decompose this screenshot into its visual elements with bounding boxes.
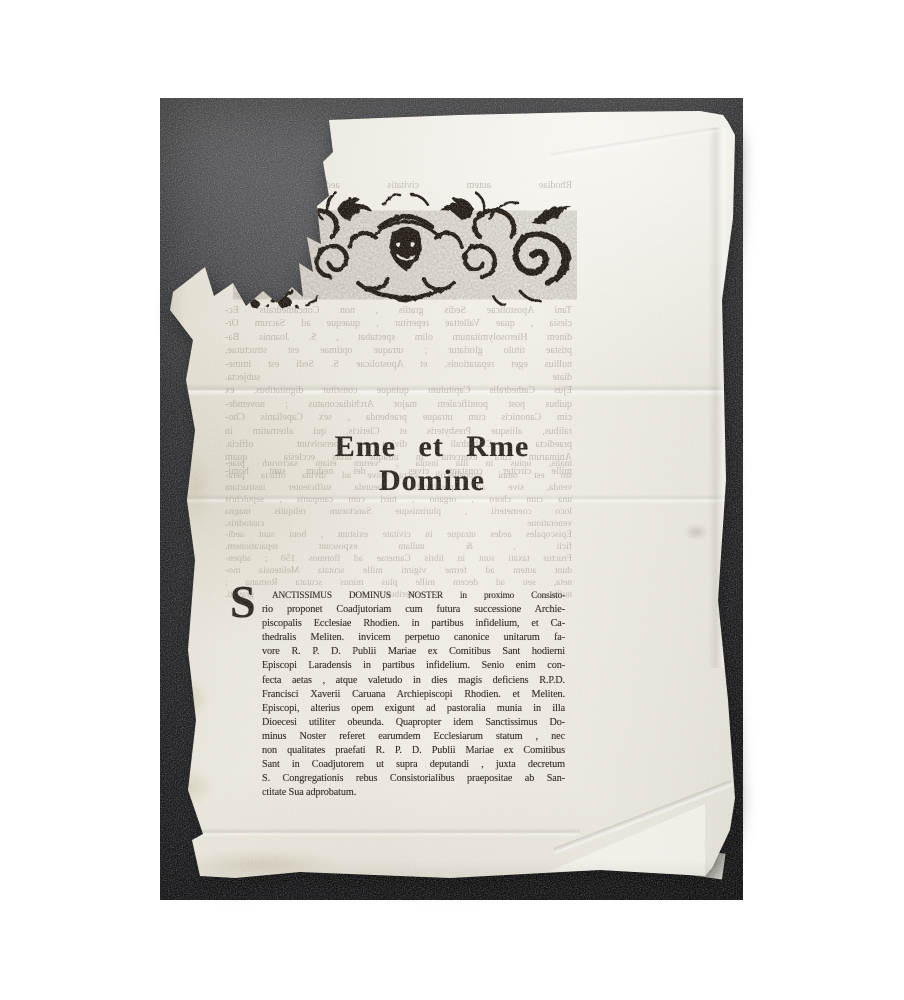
text-line: cim Canonicis cum utraque praebenda , se… <box>225 411 572 424</box>
paper-stain <box>178 450 212 526</box>
paper-stain <box>168 681 210 717</box>
text-line: ctitate Sua adprobatum. <box>262 786 565 800</box>
text-line: dinem Hierosolymitanum olim spectabat , … <box>225 331 572 344</box>
text-line: Episcopales aedes utraque in civitate ex… <box>225 529 572 541</box>
document-heading: Eme et Rme Domine <box>272 430 592 498</box>
paper-surface: Rhodiae autem civitatis aedificia plurib… <box>160 98 743 900</box>
text-line: dunt autem ad ferme viginti mille scutat… <box>225 565 572 577</box>
edge-shadow <box>160 860 743 900</box>
paper-stain <box>684 524 708 540</box>
paper-stain <box>182 850 342 878</box>
text-line: Fructus taxati sunt in libris Camerae ad… <box>225 553 572 565</box>
text-line: Ejus Cathedralis Capitulum quinque const… <box>225 384 572 397</box>
horizontal-crease <box>160 828 580 837</box>
text-line: ANCTISSIMUS DOMINUS NOSTER in proximo Co… <box>262 589 565 603</box>
text-line: quibus post pontificalem major Archidiac… <box>225 398 572 411</box>
text-line: nullius eget reparationis, et Apostolica… <box>225 358 572 371</box>
text-line: rio proponet Coadjutoriam cum futura suc… <box>262 603 565 617</box>
text-line: minus Noster referet earumdem Ecclesiaru… <box>262 730 565 744</box>
body-paragraph: ANCTISSIMUS DOMINUS NOSTER in proximo Co… <box>262 589 565 800</box>
text-line: loco coemeterii , plurimisque Sanctorum … <box>225 506 572 518</box>
text-line: clesia , quae Vallettae reperitur , quae… <box>225 317 572 330</box>
text-line: ptistae titulo gloriatur ; utraque optim… <box>225 344 572 357</box>
page: Rhodiae autem civitatis aedificia plurib… <box>0 0 904 1000</box>
text-line: ficii , & nullam exposcunt reparationem. <box>225 541 572 553</box>
drop-cap-initial: S <box>230 579 256 625</box>
text-line: Sant in Coadjutorem ut supra deputandi ,… <box>262 758 565 772</box>
text-line: Episcopi Laradensis in partibus infideli… <box>262 659 565 673</box>
paper-sheet: Rhodiae autem civitatis aedificia plurib… <box>160 98 743 900</box>
diagonal-crease <box>553 780 733 855</box>
text-line: neta, seu ad decem mille plus minus scut… <box>225 577 572 589</box>
text-line: vore R. P. D. Publii Mariae ex Comitibus… <box>262 645 565 659</box>
text-line: thedralis Meliten. invicem perpetuo cano… <box>262 631 565 645</box>
edge-shadow <box>160 268 186 900</box>
paper-stain <box>166 768 214 806</box>
text-line: diate subjecta. <box>225 371 572 384</box>
text-line: S. Congregationis rebus Consistorialibus… <box>262 772 565 786</box>
diagonal-crease <box>551 127 720 160</box>
photo-background: Rhodiae autem civitatis aedificia plurib… <box>160 98 743 900</box>
text-line: Francisci Xaverii Caruana Archiepiscopi … <box>262 688 565 702</box>
text-line: non qualitates praefati R. P. D. Publii … <box>262 744 565 758</box>
vertical-crease <box>708 128 730 668</box>
text-line: veneratione custoditis. <box>225 518 572 530</box>
text-line: Episcopi, alterius opem exigunt ad pasto… <box>262 702 565 716</box>
folded-corner <box>540 794 740 884</box>
text-line: Dioecesi utiliter obeunda. Quapropter id… <box>262 716 565 730</box>
text-line: piscopalis Ecclesiae Rhodien. in partibu… <box>262 617 565 631</box>
text-line: fecta aetas , atque valetudo in dies mag… <box>262 674 565 688</box>
baroque-woodcut-headpiece-icon <box>233 184 577 311</box>
